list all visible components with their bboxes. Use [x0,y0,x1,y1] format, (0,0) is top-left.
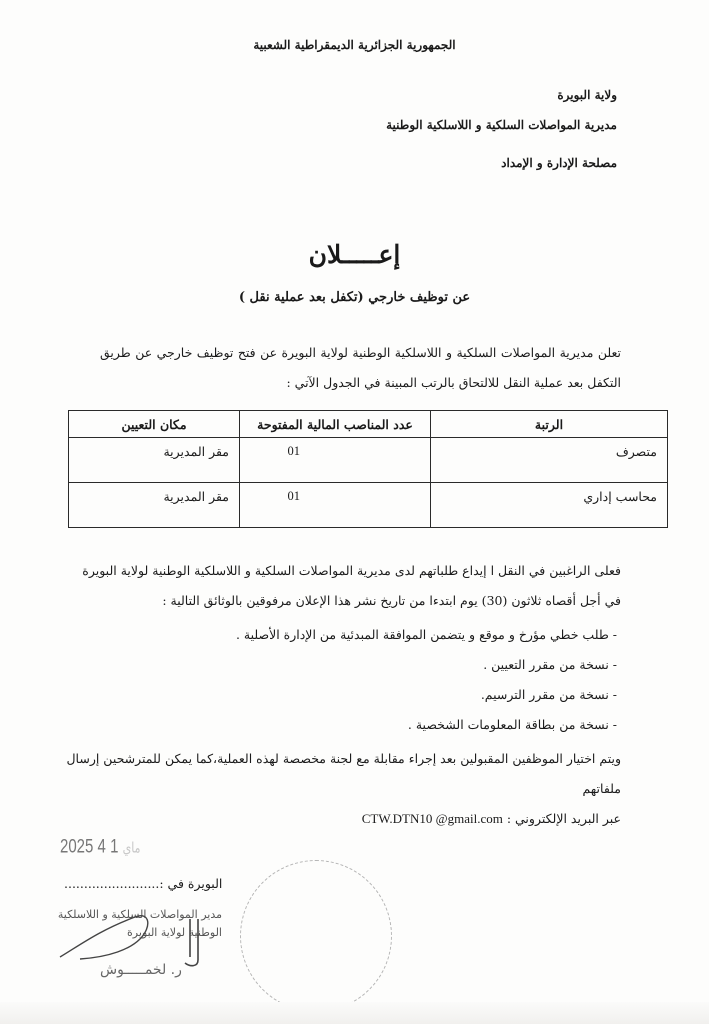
announcement-title: إعـــــلان [0,240,709,269]
email-label: عبر البريد الإلكتروني : [503,811,621,826]
cell-grade: محاسب إداري [431,483,668,528]
email-address[interactable]: CTW.DTN10 @gmail.com [362,811,503,826]
cell-location: مقر المديرية [69,438,240,483]
cell-count: 01 [240,438,431,483]
closing-paragraph: ويتم اختيار الموظفين المقبولين بعد إجراء… [60,744,621,834]
wilaya-name: ولاية البويرة [557,88,617,102]
table-row: متصرف 01 مقر المديرية [69,438,668,483]
place-and-date: البويرة في :........................ [64,876,222,891]
closing-line-1: ويتم اختيار الموظفين المقبولين بعد إجراء… [60,744,621,804]
required-documents-list: - طلب خطي مؤرخ و موقع و يتضمن الموافقة ا… [236,620,617,740]
service-name: مصلحة الإدارة و الإمداد [501,156,617,170]
table-row: محاسب إداري 01 مقر المديرية [69,483,668,528]
cell-count: 01 [240,483,431,528]
header-location: مكان التعيين [69,411,240,438]
application-paragraph: فعلى الراغبين في النقل ا إيداع طلباتهم ل… [62,556,621,616]
cell-location: مقر المديرية [69,483,240,528]
list-item: - نسخة من مقرر التعيين . [236,650,617,680]
application-line-2: في أجل أقصاه ثلاثون (30) يوم ابتدءا من ت… [62,586,621,616]
intro-paragraph: تعلن مديرية المواصلات السلكية و اللاسلكي… [100,338,621,398]
date-stamp: 2025 ماي 1 4 [60,835,140,857]
header-count: عدد المناصب المالية المفتوحة [240,411,431,438]
positions-table: الرتبة عدد المناصب المالية المفتوحة مكان… [68,410,668,528]
directorate-name: مديرية المواصلات السلكية و اللاسلكية الو… [386,118,617,132]
signatory-name: ر. لخمـــــوش [100,962,182,978]
table-header-row: الرتبة عدد المناصب المالية المفتوحة مكان… [69,411,668,438]
announcement-subtitle: عن توظيف خارجي (تكفل بعد عملية نقل ) [0,290,709,305]
scan-edge [0,1002,709,1024]
stamp-month: ماي [123,841,141,857]
list-item: - نسخة من مقرر الترسيم. [236,680,617,710]
stamp-year: 2025 [60,835,93,857]
list-item: - نسخة من بطاقة المعلومات الشخصية . [236,710,617,740]
application-line-1: فعلى الراغبين في النقل ا إيداع طلباتهم ل… [62,556,621,586]
header-grade: الرتبة [431,411,668,438]
official-seal-icon [240,860,392,1012]
cell-grade: متصرف [431,438,668,483]
republic-header: الجمهورية الجزائرية الديمقراطية الشعبية [0,38,709,52]
closing-line-2: عبر البريد الإلكتروني : CTW.DTN10 @gmail… [60,804,621,834]
document-page: الجمهورية الجزائرية الديمقراطية الشعبية … [0,0,709,1024]
list-item: - طلب خطي مؤرخ و موقع و يتضمن الموافقة ا… [236,620,617,650]
stamp-day: 1 4 [98,835,119,857]
